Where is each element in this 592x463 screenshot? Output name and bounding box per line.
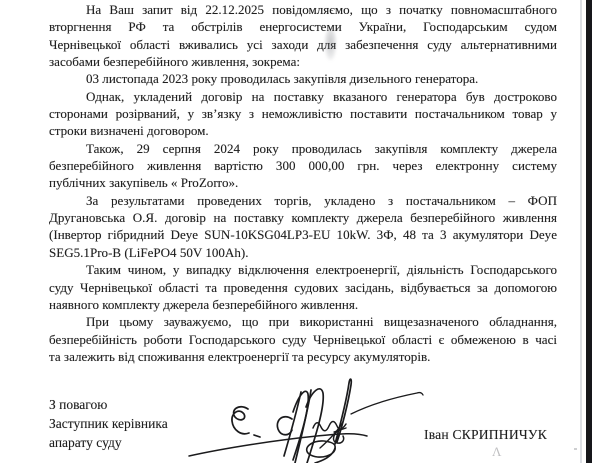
letter-line: наявного комплекту джерела безперебійног… [49,296,557,313]
letter-line: Однак, укладений договір на поставку вка… [49,88,557,105]
letter-line: строки визначені договором. [49,122,557,139]
closing-block: З повагою Заступник керівника апарату су… [49,396,168,452]
page-edge-line [580,0,582,463]
signature-icon [185,352,425,463]
letter-line: (Інвертор гібридний Deye SUN-10KSG04LP3-… [49,226,557,243]
closing-salutation: З повагою [49,396,168,415]
scan-edge-strip [586,0,592,463]
letter-line: Таким чином, у випадку відключення елект… [49,261,557,278]
letter-line: На Ваш запит від 22.12.2025 повідомляємо… [49,1,557,18]
letter-line: вторгнення РФ та обстрілів енергосистеми… [49,18,557,35]
letter-line: За результатами проведених торгів, уклад… [49,192,557,209]
letter-line: Також, 29 серпня 2024 року проводилась з… [49,140,557,157]
letter-line: безперебійність роботи Господарського су… [49,331,557,348]
scan-smudge [324,29,337,61]
faint-pen-mark: Λ [492,444,501,460]
letter-line: SEG5.1Pro-B (LiFePO4 50V 100Ah). [49,244,557,261]
letter-line: Другановська О.Я. договір на поставку ко… [49,209,557,226]
letter-line: публічних закупівель « ProZorro». [49,174,557,191]
letter-line: Чернівецької області вживались усі заход… [49,36,557,53]
faint-dot [574,448,577,450]
letter-line: 03 листопада 2023 року проводилась закуп… [49,70,557,87]
letter-line: засобами безперебійного живлення, зокрем… [49,53,557,70]
letter-body: На Ваш запит від 22.12.2025 повідомляємо… [49,1,557,365]
letter-line: При цьому зауважуємо, що при використанн… [49,313,557,330]
letter-line: безперебійного живлення вартістю 300 000… [49,157,557,174]
letter-line: сторонами розірваний, у зв’язку з неможл… [49,105,557,122]
letter-line: суду Чернівецької області та проведення … [49,279,557,296]
signer-name: Іван СКРИПНИЧУК [424,427,547,443]
signer-title-line1: Заступник керівника [49,415,168,434]
signer-title-line2: апарату суду [49,434,168,453]
signature-svg [185,352,425,463]
